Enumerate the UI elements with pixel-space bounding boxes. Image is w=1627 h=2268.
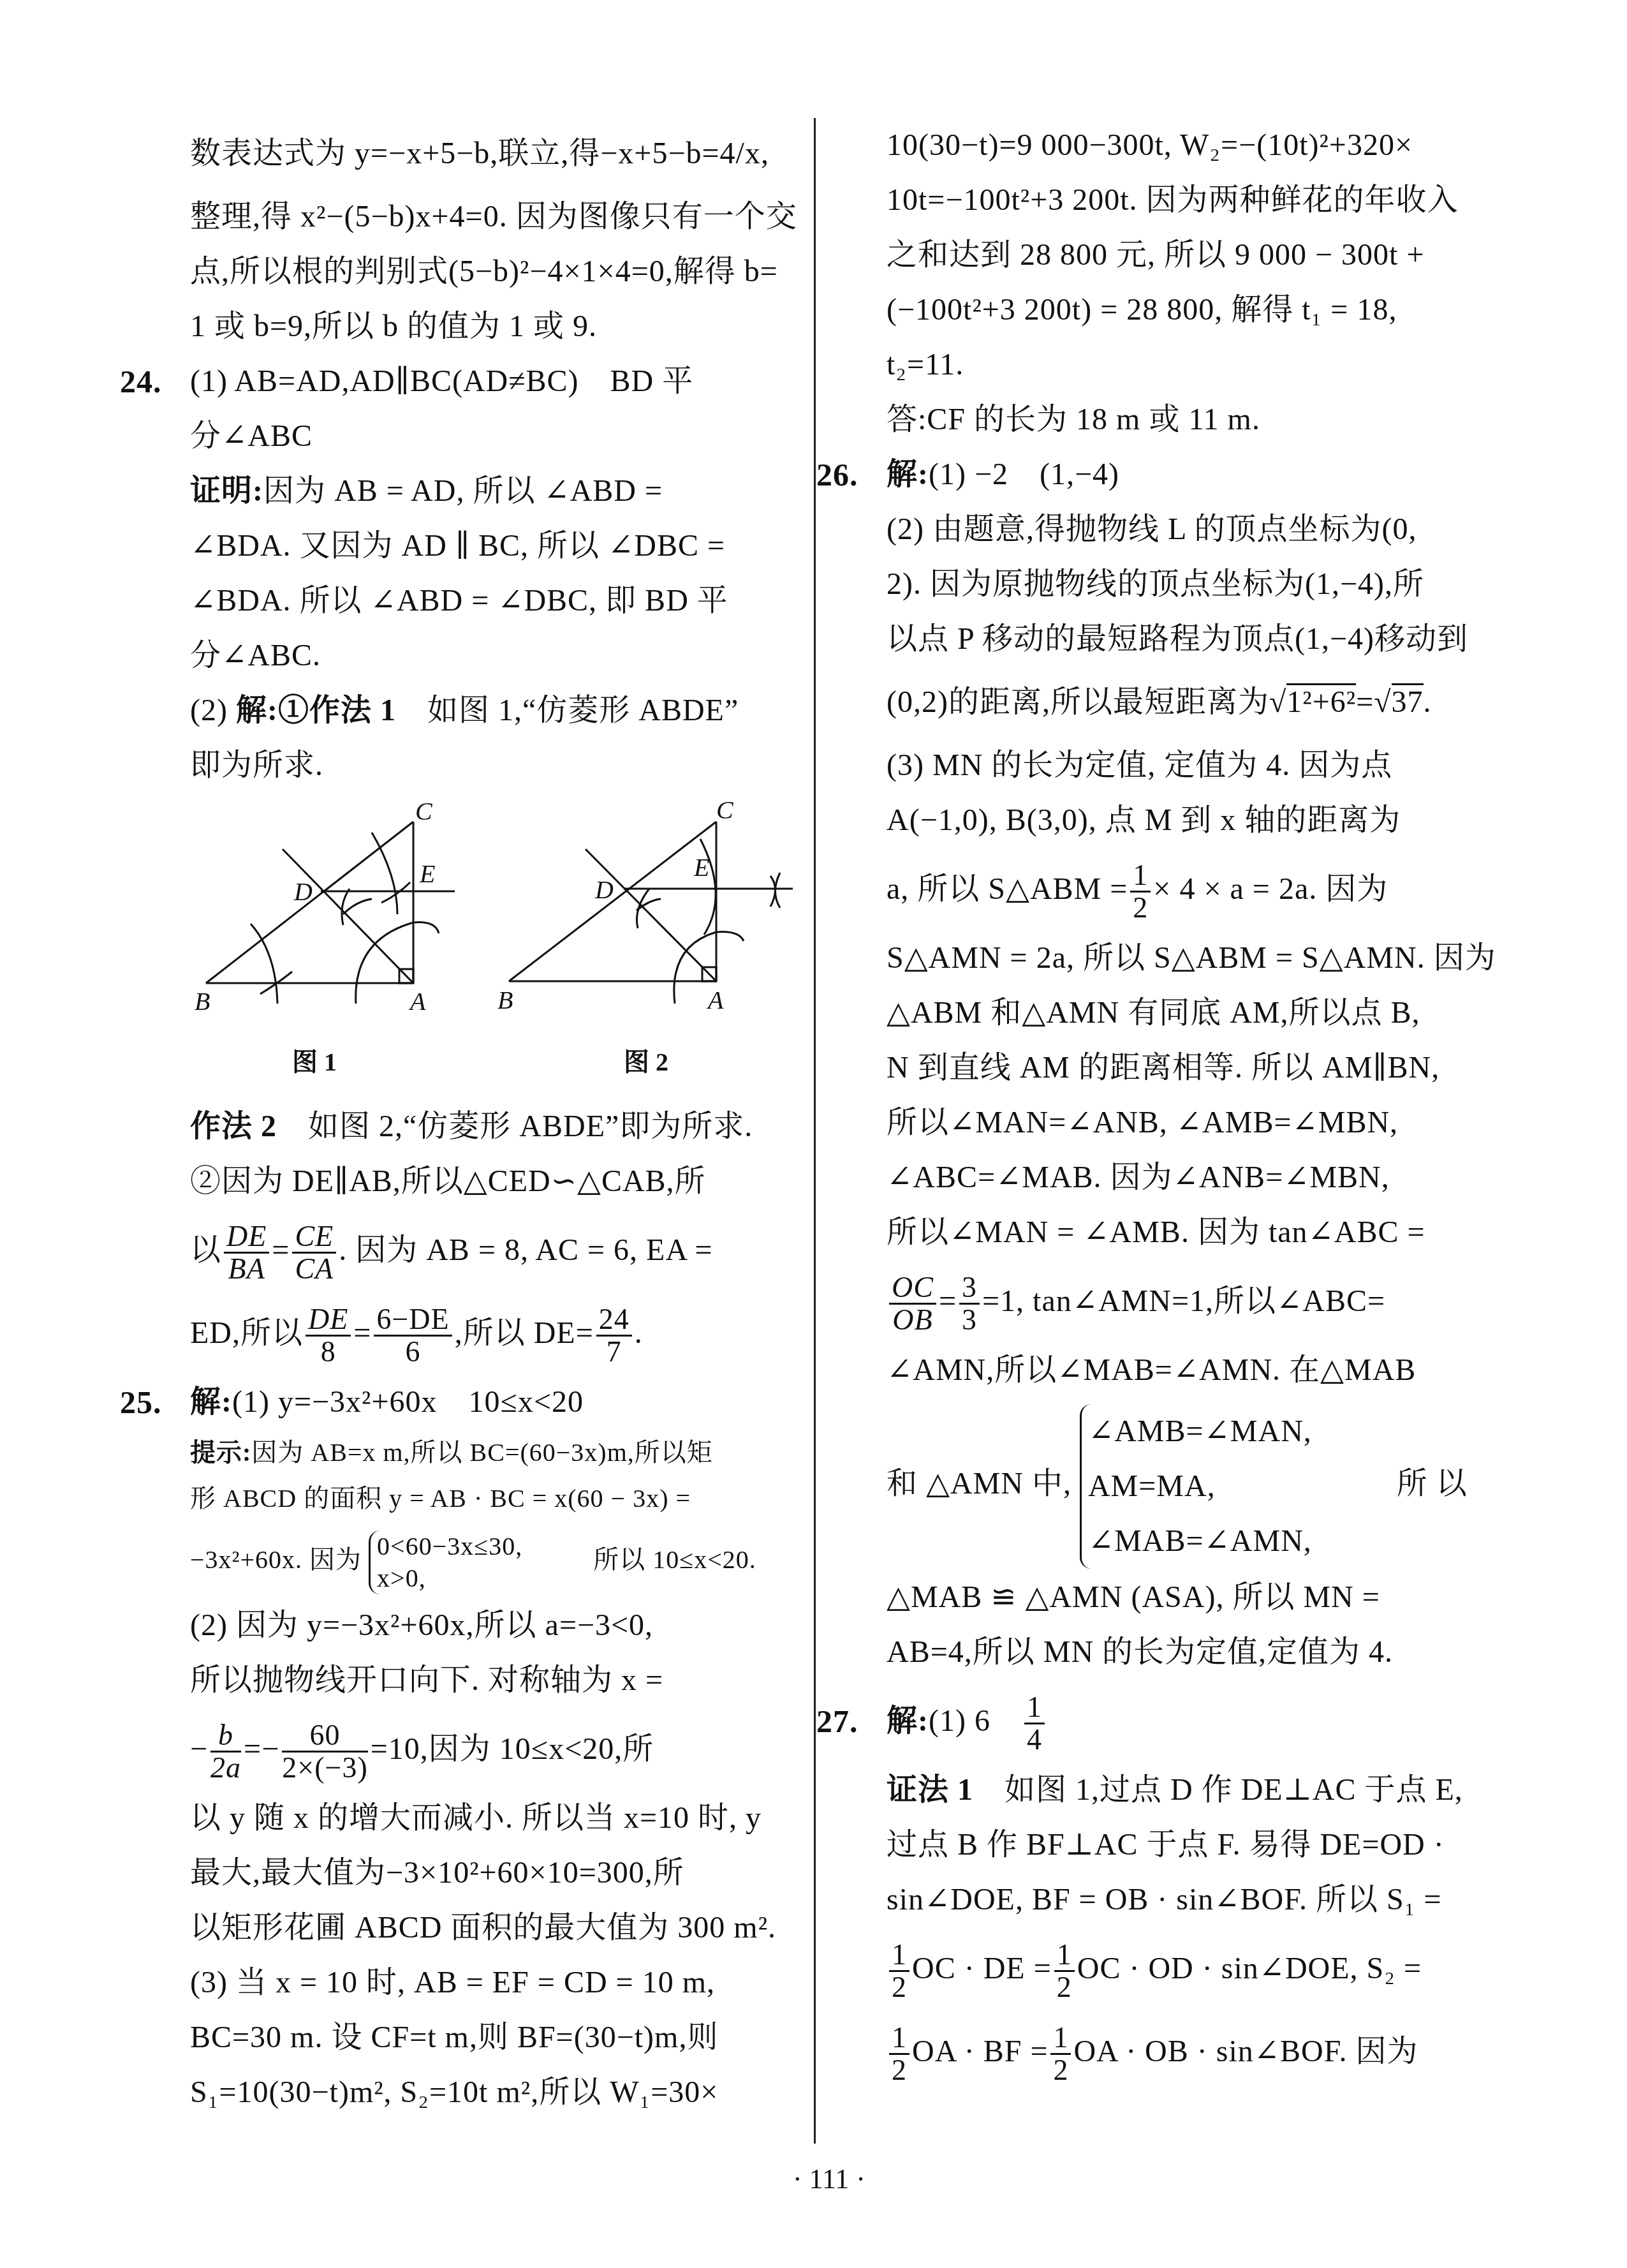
inequality-system: 0<60−3x≤30, x>0,	[369, 1531, 522, 1594]
q26-part1-line: 26. 解:(1) −2 (1,−4)	[887, 447, 1496, 502]
fraction: CECA	[292, 1221, 336, 1285]
question-number: 26.	[816, 447, 858, 502]
q25-part3-line-3: S₁=10(30−t)m², S₂=10t m²,所以 W₁=30×	[190, 2065, 799, 2120]
q26-system-block: 和 △AMN 中, ∠AMB=∠MAN, AM=MA, ∠MAB=∠AMN, 所…	[887, 1398, 1496, 1570]
fraction: DE8	[306, 1304, 351, 1368]
q26-part2-line-3: 以点 P 移动的最短路程为顶点(1,−4)移动到	[887, 612, 1496, 667]
q27-proof-line-2: 过点 B 作 BF⊥AC 于点 F. 易得 DE=OD ·	[887, 1818, 1496, 1872]
q26-part3-line-4: △ABM 和△AMN 有同底 AM,所以点 B,	[887, 986, 1496, 1041]
q25-hint-line-3: −3x²+60x. 因为 0<60−3x≤30, x>0, 所以 10≤x<20…	[190, 1522, 799, 1598]
figure-1-caption: 图 1	[292, 1042, 337, 1078]
fraction: 14	[1024, 1692, 1045, 1756]
fraction: 247	[596, 1304, 632, 1368]
q25-part3-line-1: (3) 当 x = 10 时, AB = EF = CD = 10 m,	[190, 1955, 799, 2010]
q26-part3-line-2: A(−1,0), B(3,0), 点 M 到 x 轴的距离为	[887, 793, 1496, 848]
fraction: OCOB	[889, 1272, 936, 1336]
q25-part3-line-2: BC=30 m. 设 CF=t m,则 BF=(30−t)m,则	[190, 2010, 799, 2065]
q24-proof-line-3: ∠BDA. 所以 ∠ABD = ∠DBC, 即 BD 平	[190, 574, 799, 628]
q27-proof-line-3: sin∠DOE, BF = OB · sin∠BOF. 所以 S₁ =	[887, 1872, 1496, 1927]
q25-cont-line-4: (−100t²+3 200t) = 28 800, 解得 t₁ = 18,	[887, 283, 1496, 337]
fraction: 12	[1054, 1939, 1075, 2003]
q26-part3-line-3: S△AMN = 2a, 所以 S△ABM = S△AMN. 因为	[887, 931, 1496, 986]
q27-s1-line: 12OC · DE =12OC · OD · sin∠DOE, S₂ =	[887, 1927, 1496, 2010]
fraction: 33	[959, 1272, 980, 1336]
fraction: 12	[889, 1939, 909, 2003]
q24-proof-line-4: 分∠ABC.	[190, 628, 799, 683]
q26-conclusion-line-1: △MAB ≌ △AMN (ASA), 所以 MN =	[887, 1570, 1496, 1625]
figures-row: C E D B A 图 1 C E D B A 图 2	[190, 793, 799, 1099]
svg-text:A: A	[706, 986, 724, 1014]
congruence-system: ∠AMB=∠MAN, AM=MA, ∠MAB=∠AMN,	[1080, 1404, 1312, 1569]
right-column: 10(30−t)=9 000−300t, W₂=−(10t)²+320× 10t…	[887, 118, 1496, 2093]
q26-part3-line-7: ∠ABC=∠MAB. 因为∠ANB=∠MBN,	[887, 1150, 1496, 1205]
method1-label: 解:①作法 1	[236, 693, 396, 727]
q23-line-2: 整理,得 x²−(5−b)x+4=0. 因为图像只有一个交	[190, 189, 799, 244]
q24-part1-line-2: 分∠ABC	[190, 409, 799, 464]
fraction: DEBA	[224, 1221, 269, 1285]
svg-text:C: C	[415, 797, 433, 826]
q23-line-1: 数表达式为 y=−x+5−b,联立,得−x+5−b=4/x,	[190, 118, 799, 189]
q25-cont-line-1: 10(30−t)=9 000−300t, W₂=−(10t)²+320×	[887, 118, 1496, 173]
q25-cont-line-3: 之和达到 28 800 元, 所以 9 000 − 300t +	[887, 228, 1496, 283]
q25-axis-line: −b2a=−602×(−3)=10,因为 10≤x<20,所	[190, 1708, 799, 1791]
svg-text:D: D	[293, 877, 313, 906]
svg-text:B: B	[195, 987, 210, 1016]
q27-s2-line: 12OA · BF =12OA · OB · sin∠BOF. 因为	[887, 2010, 1496, 2093]
proof-method-label: 证法 1	[887, 1773, 973, 1807]
left-column: 数表达式为 y=−x+5−b,联立,得−x+5−b=4/x, 整理,得 x²−(…	[190, 118, 799, 2120]
q26-tan-line: OCOB=33=1, tan∠AMN=1,所以∠ABC=	[887, 1260, 1496, 1343]
q23-line-4: 1 或 b=9,所以 b 的值为 1 或 9.	[190, 299, 799, 354]
q24-ratio-line: 以DEBA=CECA. 因为 AB = 8, AC = 6, EA =	[190, 1209, 799, 1292]
figure-1-diagram: C E D B A	[187, 793, 455, 1023]
question-number: 25.	[120, 1375, 162, 1430]
q24-proof-line-1: 证明:因为 AB = AD, 所以 ∠ABD =	[190, 464, 799, 519]
fraction: 12	[1130, 860, 1151, 924]
question-number: 27.	[816, 1680, 858, 1763]
q27-part1-line: 27. 解:(1) 6 14	[887, 1680, 1496, 1763]
q26-part3-line-5: N 到直线 AM 的距离相等. 所以 AM∥BN,	[887, 1041, 1496, 1095]
q25-part2-line-5: 以矩形花圃 ABCD 面积的最大值为 300 m².	[190, 1901, 799, 1955]
svg-text:B: B	[497, 986, 513, 1014]
q27-proof-line-1: 证法 1 如图 1,过点 D 作 DE⊥AC 于点 E,	[887, 1763, 1496, 1818]
q25-part2-line-3: 以 y 随 x 的增大而减小. 所以当 x=10 时, y	[190, 1791, 799, 1846]
svg-text:C: C	[716, 796, 734, 824]
svg-text:E: E	[693, 853, 709, 882]
q25-part2-line-1: (2) 因为 y=−3x²+60x,所以 a=−3<0,	[190, 1598, 799, 1653]
q24-proof-line-2: ∠BDA. 又因为 AD ∥ BC, 所以 ∠DBC =	[190, 519, 799, 574]
page-number: · 111 ·	[765, 2163, 893, 2195]
q25-part2-line-4: 最大,最大值为−3×10²+60×10=300,所	[190, 1846, 799, 1901]
q26-part2-line-4: (0,2)的距离,所以最短距离为√1²+6²=√37.	[887, 667, 1496, 738]
q25-hint-line-1: 提示:因为 AB=x m,所以 BC=(60−3x)m,所以矩	[190, 1430, 799, 1476]
method2-label: 作法 2	[190, 1109, 277, 1143]
q26-part2-line-1: (2) 由题意,得抛物线 L 的顶点坐标为(0,	[887, 502, 1496, 557]
q25-hint-line-2: 形 ABCD 的面积 y = AB · BC = x(60 − 3x) =	[190, 1476, 799, 1522]
q26-area-line: a, 所以 S△ABM =12× 4 × a = 2a. 因为	[887, 848, 1496, 931]
q26-angle-line: ∠AMN,所以∠MAB=∠AMN. 在△MAB	[887, 1343, 1496, 1398]
figure-2-diagram: C E D B A	[490, 793, 796, 1023]
q24-part2-line-1: (2) 解:①作法 1 如图 1,“仿菱形 ABDE”	[190, 683, 799, 738]
question-number: 24.	[120, 354, 162, 409]
fraction: 602×(−3)	[282, 1720, 368, 1784]
q24-part1-line-1: 24. (1) AB=AD,AD∥BC(AD≠BC) BD 平	[190, 354, 799, 409]
fraction: 12	[889, 2022, 909, 2086]
q24-part2b-line: ②因为 DE∥AB,所以△CED∽△CAB,所	[190, 1154, 799, 1209]
q23-line-3: 点,所以根的判别式(5−b)²−4×1×4=0,解得 b=	[190, 244, 799, 299]
column-divider	[814, 118, 816, 2144]
q26-part3-line-6: 所以∠MAN=∠ANB, ∠AMB=∠MBN,	[887, 1095, 1496, 1150]
q24-method2-line: 作法 2 如图 2,“仿菱形 ABDE”即为所求.	[190, 1099, 799, 1154]
q25-cont-line-2: 10t=−100t²+3 200t. 因为两种鲜花的年收入	[887, 173, 1496, 228]
q26-conclusion-line-2: AB=4,所以 MN 的长为定值,定值为 4.	[887, 1625, 1496, 1680]
hint-label: 提示:	[190, 1438, 251, 1467]
q24-final-line: ED,所以DE8=6−DE6,所以 DE=247.	[190, 1292, 799, 1375]
fraction: 6−DE6	[374, 1304, 452, 1368]
q26-part2-line-2: 2). 因为原抛物线的顶点坐标为(1,−4),所	[887, 557, 1496, 612]
q26-part3-line-1: (3) MN 的长为定值, 定值为 4. 因为点	[887, 738, 1496, 793]
q25-answer-line: 答:CF 的长为 18 m 或 11 m.	[887, 392, 1496, 447]
q25-part2-line-2: 所以抛物线开口向下. 对称轴为 x =	[190, 1653, 799, 1708]
fraction: b2a	[210, 1720, 241, 1784]
svg-text:A: A	[408, 987, 426, 1016]
q26-part3-line-8: 所以∠MAN = ∠AMB. 因为 tan∠ABC =	[887, 1205, 1496, 1260]
q25-part1-line: 25. 解:(1) y=−3x²+60x 10≤x<20	[190, 1375, 799, 1430]
fraction: 12	[1050, 2022, 1071, 2086]
svg-text:D: D	[594, 875, 614, 904]
q24-part2-line-2: 即为所求.	[190, 738, 799, 793]
proof-label: 证明:	[190, 474, 263, 508]
svg-text:E: E	[419, 859, 435, 888]
q25-cont-line-5: t₂=11.	[887, 337, 1496, 392]
figure-2-caption: 图 2	[624, 1042, 668, 1078]
